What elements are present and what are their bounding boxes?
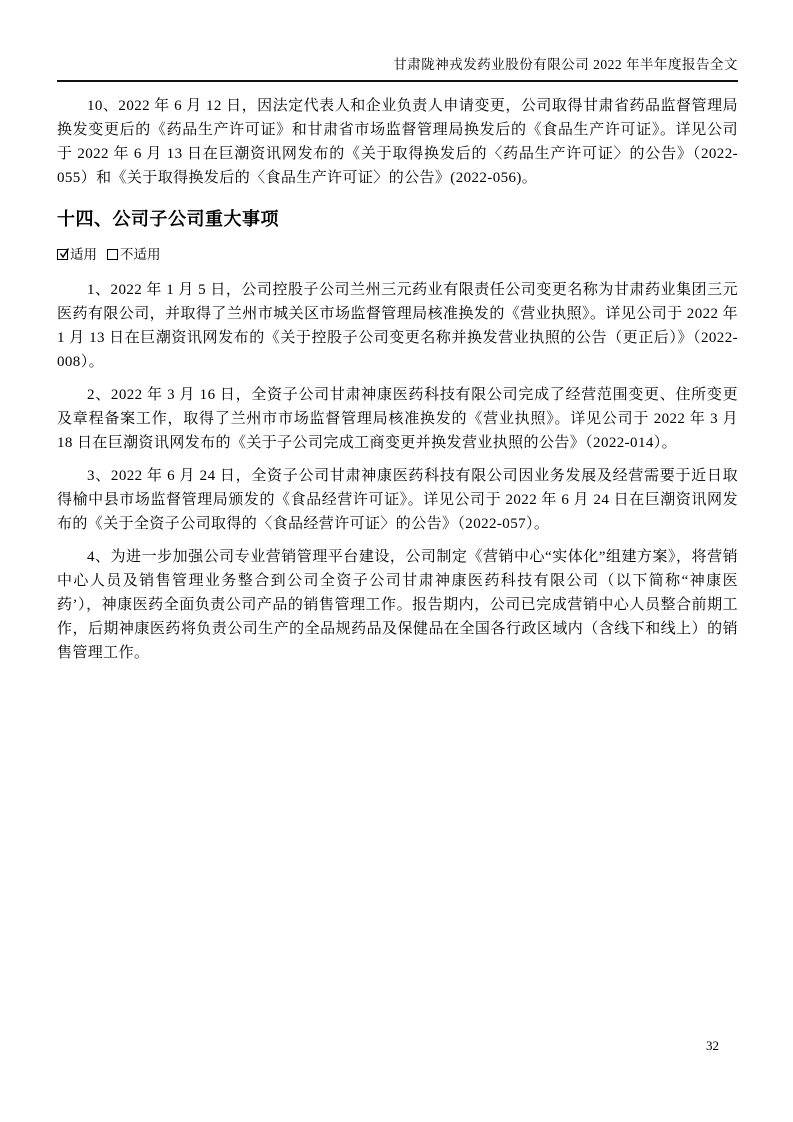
applicability-row: 适用 不适用	[57, 246, 738, 263]
paragraph-item-2: 2、2022 年 3 月 16 日，全资子公司甘肃神康医药科技有限公司完成了经营…	[57, 383, 738, 455]
applicable-option: 适用	[57, 246, 97, 263]
report-page: 甘肃陇神戎发药业股份有限公司 2022 年半年度报告全文 10、2022 年 6…	[0, 0, 793, 1122]
not-applicable-option: 不适用	[107, 246, 161, 263]
page-content: 10、2022 年 6 月 12 日，因法定代表人和企业负责人申请变更，公司取得…	[57, 94, 738, 665]
section-heading-14: 十四、公司子公司重大事项	[57, 206, 738, 232]
applicable-label: 适用	[70, 246, 97, 263]
checkbox-checked-icon	[57, 249, 68, 260]
paragraph-item-1: 1、2022 年 1 月 5 日，公司控股子公司兰州三元药业有限责任公司变更名称…	[57, 278, 738, 374]
page-header-title: 甘肃陇神戎发药业股份有限公司 2022 年半年度报告全文	[57, 56, 738, 82]
not-applicable-label: 不适用	[120, 246, 161, 263]
paragraph-item-10: 10、2022 年 6 月 12 日，因法定代表人和企业负责人申请变更，公司取得…	[57, 94, 738, 190]
page-number: 32	[706, 1038, 719, 1054]
checkbox-unchecked-icon	[107, 249, 118, 260]
paragraph-item-3: 3、2022 年 6 月 24 日，全资子公司甘肃神康医药科技有限公司因业务发展…	[57, 464, 738, 536]
paragraph-item-4: 4、为进一步加强公司专业营销管理平台建设，公司制定《营销中心“实体化”组建方案》…	[57, 545, 738, 665]
